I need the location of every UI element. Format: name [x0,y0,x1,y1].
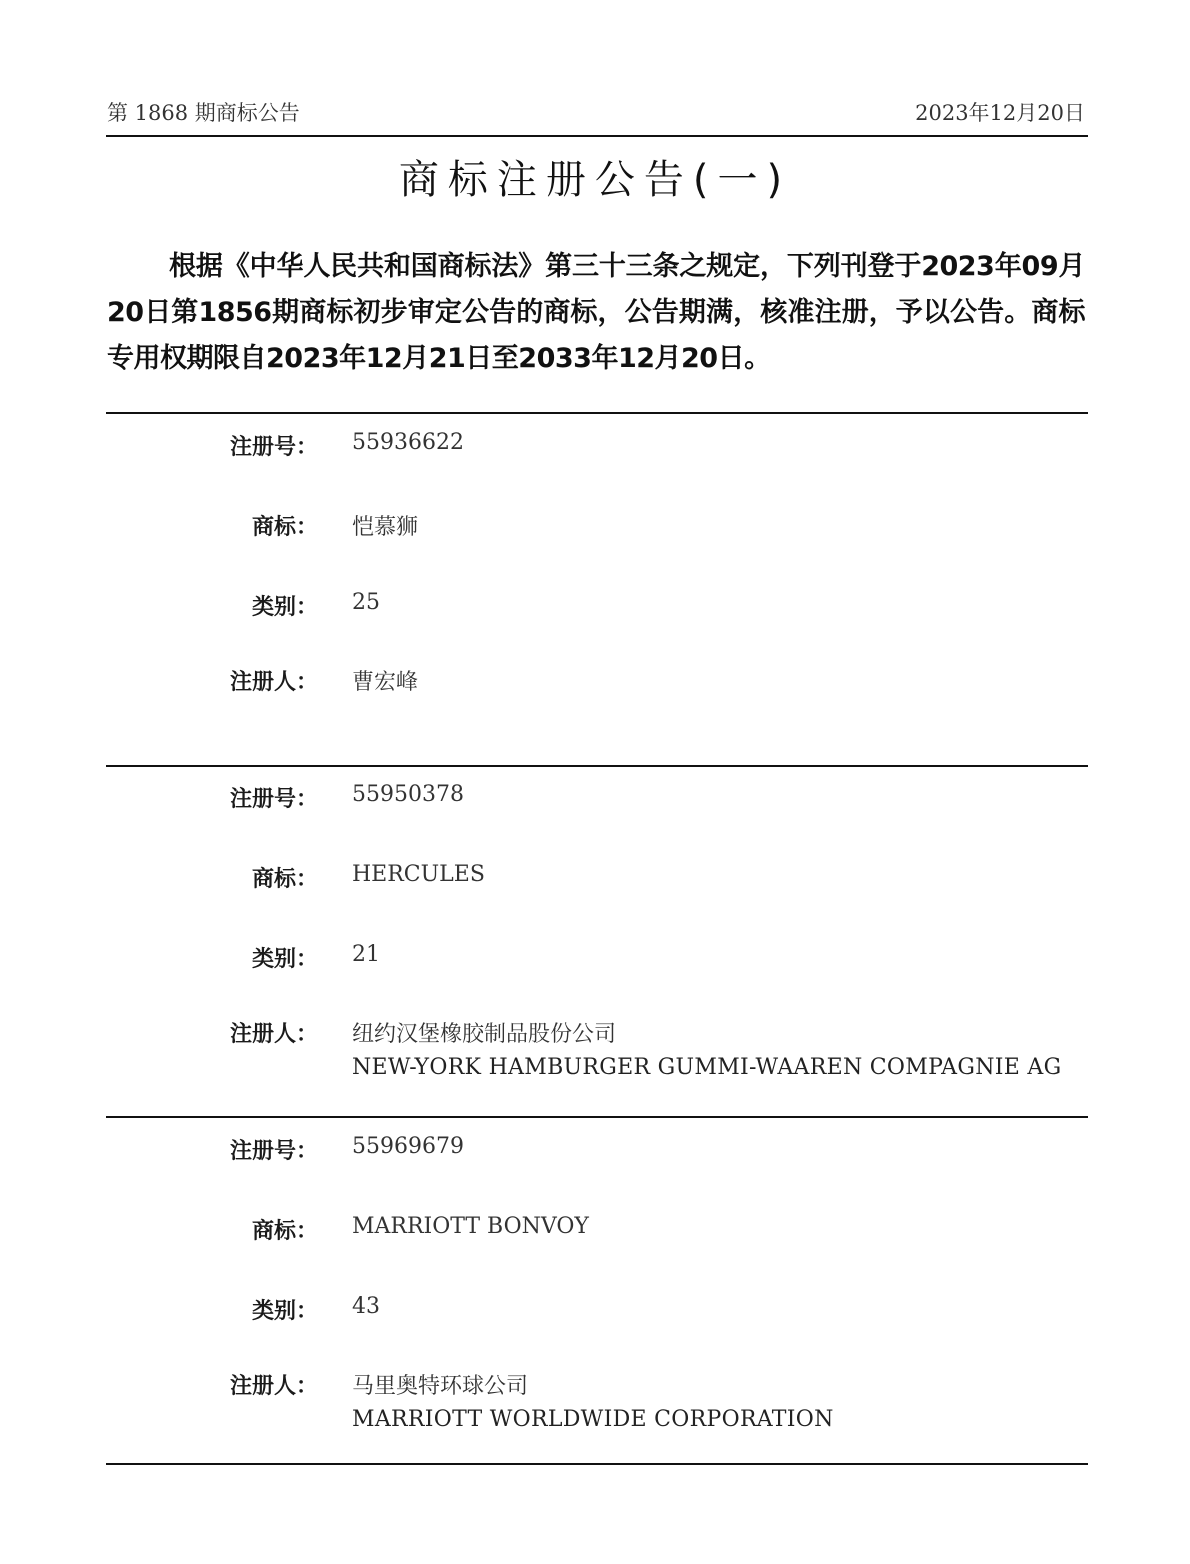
issue-number: 第 1868 期商标公告 [107,97,300,127]
reg-no-label: 注册号： [230,782,318,813]
mark-row: 商标： MARRIOTT BONVOY [106,1214,1088,1244]
mark-row: 商标： 恺慕狮 [106,510,1088,540]
class-row: 类别： 43 [106,1294,1088,1324]
class-row: 类别： 25 [106,590,1088,620]
header-divider [106,135,1088,137]
entry-divider [106,1116,1088,1118]
entry-divider [106,412,1088,414]
class-label: 类别： [252,942,318,973]
registrant-label: 注册人： [230,1369,318,1400]
registrant-cn-value: 纽约汉堡橡胶制品股份公司 [352,1017,616,1048]
class-value: 43 [352,1294,380,1319]
page-title: 商标注册公告(一) [0,148,1190,205]
class-label: 类别： [252,1294,318,1325]
reg-no-value: 55950378 [352,782,464,807]
registrant-row: 注册人： 曹宏峰 [106,665,1088,695]
mark-value: 恺慕狮 [352,510,418,541]
reg-no-label: 注册号： [230,430,318,461]
registrant-cn-value: 曹宏峰 [352,665,418,696]
class-row: 类别： 21 [106,942,1088,972]
reg-no-value: 55936622 [352,430,464,455]
mark-value: HERCULES [352,862,485,887]
class-label: 类别： [252,590,318,621]
reg-no-row: 注册号： 55950378 [106,782,1088,812]
mark-label: 商标： [252,510,318,541]
intro-paragraph: 根据《中华人民共和国商标法》第三十三条之规定，下列刊登于2023年09月20日第… [107,244,1085,382]
mark-label: 商标： [252,862,318,893]
reg-no-row: 注册号： 55969679 [106,1134,1088,1164]
mark-label: 商标： [252,1214,318,1245]
registrant-label: 注册人： [230,1017,318,1048]
mark-row: 商标： HERCULES [106,862,1088,892]
entry-divider [106,765,1088,767]
registrant-en-value: NEW-YORK HAMBURGER GUMMI-WAAREN COMPAGNI… [352,1055,1062,1080]
reg-no-row: 注册号： 55936622 [106,430,1088,460]
registrant-row: 注册人： 纽约汉堡橡胶制品股份公司 NEW-YORK HAMBURGER GUM… [106,1017,1088,1047]
registrant-row: 注册人： 马里奥特环球公司 MARRIOTT WORLDWIDE CORPORA… [106,1369,1088,1399]
class-value: 21 [352,942,380,967]
reg-no-label: 注册号： [230,1134,318,1165]
reg-no-value: 55969679 [352,1134,464,1159]
footer-divider [106,1463,1088,1465]
mark-value: MARRIOTT BONVOY [352,1214,589,1239]
registrant-cn-value: 马里奥特环球公司 [352,1369,528,1400]
registrant-en-value: MARRIOTT WORLDWIDE CORPORATION [352,1407,834,1432]
registrant-label: 注册人： [230,665,318,696]
publication-date: 2023年12月20日 [915,97,1085,127]
class-value: 25 [352,590,380,615]
